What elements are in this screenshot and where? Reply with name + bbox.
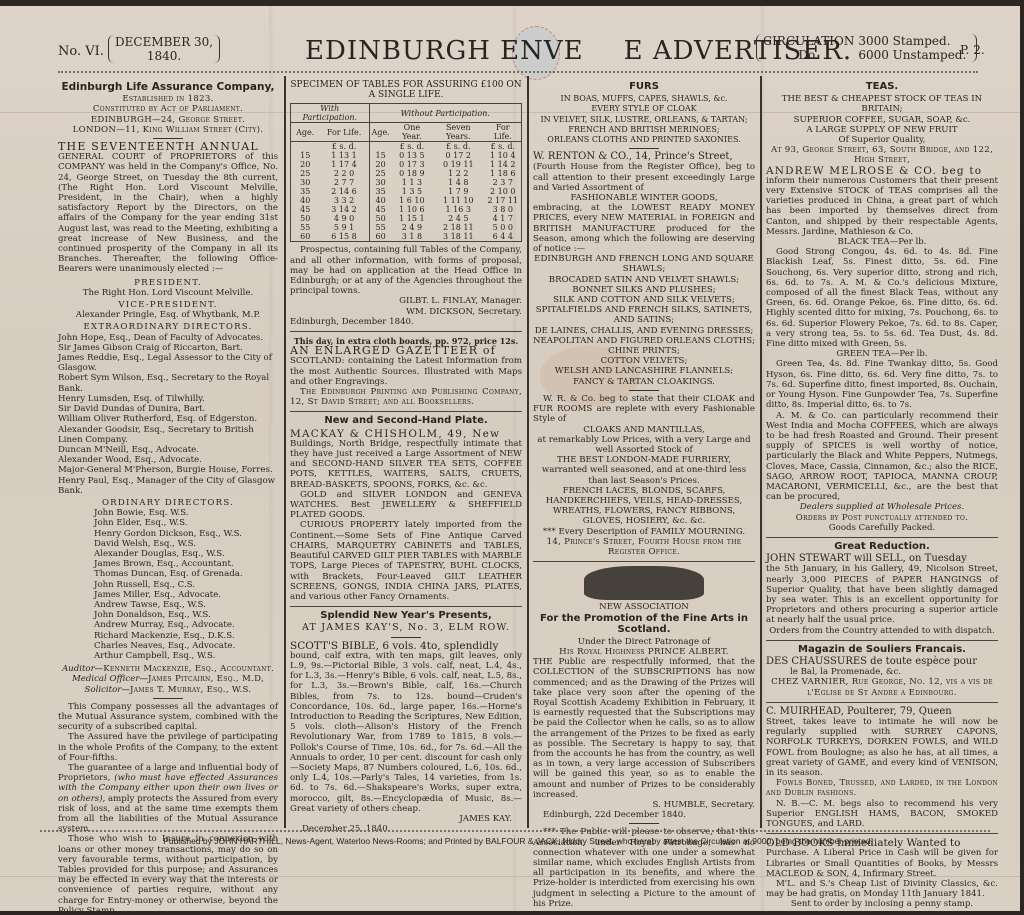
mackay-heading: MACKAY & CHISHOLM, 49, New [290, 429, 522, 439]
premium-table: With Participation. Without Participatio… [290, 103, 522, 242]
list-item: COTTON VELVETS; [533, 356, 755, 366]
gazetteer-publisher: The Edinburgh Printing and Publishing Co… [290, 387, 522, 407]
association-heading: For the Promotion of the Fine Arts in Sc… [533, 614, 755, 634]
vice-president-label: VICE-PRESIDENT. [58, 300, 278, 310]
renton-goods: FASHIONABLE WINTER GOODS, [533, 193, 755, 203]
books-body: Purchase. A Liberal Price in Cash will b… [766, 848, 998, 879]
presents-heading: Splendid New Year's Presents, [290, 611, 522, 621]
col-header: Seven Years. [432, 123, 484, 142]
black-tea-body: Good Strong Congou, 4s. 6d. to 4s. 8d. F… [766, 247, 998, 349]
title-left: EDINBURGH ENVE [305, 36, 584, 66]
list-item: James Miller, Esq., Advocate. [94, 590, 278, 600]
list-item: John Bowie, Esq. W.S. [94, 508, 278, 518]
dealers-line: Dealers supplied at Wholesale Prices. [766, 502, 998, 512]
issue-number: No. VI. [58, 44, 104, 59]
edinburgh-office: EDINBURGH—24, George Street. [58, 115, 278, 125]
table-row: 555 9 1552 4 92 18 115 0 0 [291, 223, 522, 232]
masthead: No. VI. DECEMBER 30, 1840. EDINBURGH ENV… [0, 28, 1024, 70]
list-item: Alexander Douglas, Esq., W.S. [94, 549, 278, 559]
list-item: CHINE PRINTS; [533, 346, 755, 356]
list-item: Duncan M'Neill, Esq., Advocate. [58, 445, 278, 455]
furs-line: FRENCH AND BRITISH MERINOES; [533, 125, 755, 135]
list-item: Alexander Goodsir, Esq., Secretary to Br… [58, 425, 278, 445]
col-header: One Year. [392, 123, 432, 142]
divider [533, 561, 755, 562]
divider [290, 411, 522, 412]
books-list: M'L. and S.'s Cheap List of Divinity Cla… [766, 879, 998, 899]
president-name: The Right Hon. Lord Viscount Melville. [58, 288, 278, 298]
teas-line: SUPERIOR COFFEE, SUGAR, SOAP, &c. [766, 115, 998, 125]
constituted: Constituted by Act of Parliament. [58, 104, 278, 114]
solicitor-line: Solicitor—James T. Murray, Esq., W.S. [58, 685, 278, 695]
renton-heading: W. RENTON & CO., 14, Prince's Street, [533, 152, 755, 162]
imprint-footer: Published by JOHN HARTHILL, News-Agent, … [48, 836, 988, 846]
divider [290, 606, 522, 607]
table-title: SPECIMEN OF TABLES FOR ASSURING £100 ON … [290, 80, 522, 100]
prospectus-text: Prospectus, containing full Tables of th… [290, 245, 522, 296]
established: Established in 1823. [58, 94, 278, 104]
column-rule [760, 76, 762, 828]
black-tea-heading: BLACK TEA—Per lb. [766, 237, 998, 247]
list-item: Thomas Duncan, Esq. of Grenada. [94, 569, 278, 579]
list-item: Andrew Murray, Esq., Advocate. [94, 620, 278, 630]
list-item: John Donaldson, Esq., W.S. [94, 610, 278, 620]
teas-heading: TEAS. [766, 82, 998, 92]
teas-line: Of Superior Quality, [766, 135, 998, 145]
list-item: Major-General M'Pherson, Burgie House, F… [58, 465, 278, 475]
list-item: BONNET SILKS AND PLUSHES; [533, 285, 755, 295]
column-life-assurance: Edinburgh Life Assurance Company, Establ… [58, 80, 278, 915]
separator [629, 148, 659, 149]
mackay-curious: CURIOUS PROPERTY lately imported from th… [290, 520, 522, 602]
auditor-line: Auditor—Kenneth Mackenzie, Esq., Account… [58, 664, 278, 674]
page-number: P. 2. [960, 43, 985, 57]
extraordinary-directors-list: John Hope, Esq., Dean of Faculty of Advo… [58, 333, 278, 496]
muirhead-fowls: Fowls Boned, Trussed, and Larded, in the… [766, 778, 998, 798]
list-item: FANCY & TARTAN CLOAKINGS. [533, 377, 755, 387]
list-item: BROCADED SATIN AND VELVET SHAWLS; [533, 275, 755, 285]
bible-heading: SCOTT'S BIBLE, 6 vols. 4to, splendidly [290, 641, 522, 651]
table-row: 252 2 0250 18 91 2 21 18 6 [291, 169, 522, 178]
separator [153, 138, 183, 139]
divider [766, 702, 998, 703]
renton-cloak: W. R. & Co. beg to state that their CLOA… [533, 394, 755, 425]
chaussures-body: le Bal, la Promenade, &c. [766, 667, 998, 677]
plate-heading: New and Second-Hand Plate. [290, 416, 522, 426]
paragraph: The Assured have the privilege of partic… [58, 732, 278, 763]
circulation-stamped: 3000 Stamped. [858, 34, 970, 48]
teas-line: A LARGE SUPPLY OF NEW FRUIT [766, 125, 998, 135]
list-item: Henry Lumsden, Esq. of Tilwhilly. [58, 394, 278, 404]
renton-mourning: *** Every Description of FAMILY MOURNING… [533, 527, 755, 537]
column-furs-and-arts: FURS IN BOAS, MUFFS, CAPES, SHAWLS, &c. … [533, 80, 755, 909]
furs-heading: FURS [533, 82, 755, 92]
list-item: James Reddie, Esq., Legal Assessor to th… [58, 353, 278, 373]
paragraph: The guarantee of a large and influential… [58, 763, 278, 834]
furs-line: EVERY STYLE OF CLOAK [533, 104, 755, 114]
orders-line: Orders by Post punctually attended to. [766, 513, 998, 523]
list-item: Sir David Dundas of Dunira, Bart. [58, 404, 278, 414]
list-item: Richard Mackenzie, Esq., D.K.S. [94, 631, 278, 641]
association-patron: Under the Direct Patronage of [533, 637, 755, 647]
meeting-body: GENERAL COURT of PROPRIETORS of this COM… [58, 152, 278, 274]
issue-date: DECEMBER 30, 1840. [108, 35, 220, 63]
table-row: 606 15 8603 1 83 18 116 4 4 [291, 232, 522, 242]
royal-crest-icon [584, 566, 704, 600]
masthead-rule [58, 71, 978, 77]
without-participation-header: Without Participation. [369, 104, 521, 123]
kay-signature: JAMES KAY. [290, 814, 522, 824]
separator [629, 823, 659, 824]
separator [629, 390, 659, 391]
table-row: 201 17 4200 17 30 19 111 14 2 [291, 160, 522, 169]
medical-officer-line: Medical Officer—James Pitcairn, Esq., M.… [58, 674, 278, 684]
list-item: DE LAINES, CHALLIS, AND EVENING DRESSES; [533, 326, 755, 336]
table-row: 504 9 0501 15 12 4 54 1 7 [291, 214, 522, 223]
divider [766, 640, 998, 641]
furs-line: IN BOAS, MUFFS, CAPES, SHAWLS, &c. [533, 94, 755, 104]
london-office: LONDON—11, King William Street (City). [58, 125, 278, 135]
column-teas-and-ads: TEAS. THE BEST & CHEAPEST STOCK OF TEAS … [766, 80, 998, 910]
ordinary-directors-list: John Bowie, Esq. W.S. John Elder, Esq., … [58, 508, 278, 661]
issue-date-line2: 1840. [115, 49, 213, 63]
melrose-heading: ANDREW MELROSE & CO. beg to [766, 166, 998, 176]
stewart-body: the 5th January, in his Gallery, 49, Nic… [766, 564, 998, 625]
list-item: Andrew Tawse, Esq., W.S. [94, 600, 278, 610]
list-item: NEAPOLITAN AND FIGURED ORLEANS CLOTHS; [533, 336, 755, 346]
paragraph: Those who wish to Insure in connexion wi… [58, 834, 278, 915]
secretary-signature: WM. DICKSON, Secretary. [290, 307, 522, 317]
ordinary-directors-label: ORDINARY DIRECTORS. [58, 498, 278, 508]
column-tables-and-ads: SPECIMEN OF TABLES FOR ASSURING £100 ON … [290, 80, 522, 834]
muirhead-nb: N. B.—C. M. begs also to recommend his v… [766, 799, 998, 830]
stewart-orders: Orders from the Country attended to with… [766, 626, 998, 636]
circulation-ditto: Do. [763, 48, 858, 62]
separator [391, 637, 421, 638]
list-item: SPITALFIELDS AND FRENCH SILKS, SATINETS,… [533, 305, 755, 325]
col-header: For Life. [485, 123, 522, 142]
circulation-box: CIRCULATION3000 Stamped. Do.6000 Unstamp… [756, 34, 977, 62]
table-row: 403 3 2401 6 101 11 102 17 11 [291, 196, 522, 205]
teas-address: At 93, George Street, 63, South Bridge, … [766, 145, 998, 165]
list-item: Robert Sym Wilson, Esq., Secretary to th… [58, 373, 278, 393]
gazetteer-body: SCOTLAND: containing the Latest Informat… [290, 356, 522, 387]
association-label: NEW ASSOCIATION [533, 602, 755, 612]
with-participation-header: With Participation. [291, 104, 370, 123]
renton-address: 14, Prince's Street, Fourth House from t… [533, 537, 755, 557]
chaussures-address: CHEZ VARNIER, Rue George, No. 12, vis a … [766, 677, 998, 697]
green-tea-heading: GREEN TEA—Per lb. [766, 349, 998, 359]
circulation-label: CIRCULATION [763, 34, 858, 48]
table-row: 453 14 2451 10 61 16 33 8 0 [291, 205, 522, 214]
renton-furriery: THE BEST LONDON-MADE FURRIERY, [533, 455, 755, 465]
separator [153, 698, 183, 699]
renton-items: EDINBURGH AND FRENCH LONG AND SQUARE SHA… [533, 254, 755, 387]
list-item: Charles Neaves, Esq., Advocate. [94, 641, 278, 651]
green-tea-body: Green Tea, 4s. 8d. Fine Twankay ditto, 5… [766, 359, 998, 410]
mackay-body: Buildings, North Bridge, respectfully in… [290, 439, 522, 490]
renton-body: (Fourth House from the Register Office),… [533, 162, 755, 193]
mackay-watches: GOLD and SILVER LONDON and GENEVA WATCHE… [290, 490, 522, 521]
column-rule [284, 76, 286, 828]
list-item: Sir James Gibson Craig of Riccarton, Bar… [58, 343, 278, 353]
reduction-heading: Great Reduction. [766, 542, 998, 552]
list-item: Henry Paul, Esq., Manager of the City of… [58, 476, 278, 496]
list-item: SILK AND COTTON AND SILK VELVETS; [533, 295, 755, 305]
furs-line: IN VELVET, SILK, LUSTRE, ORLEANS, & TART… [533, 115, 755, 125]
list-item: John Russell, Esq., C.S. [94, 580, 278, 590]
president-label: PRESIDENT. [58, 278, 278, 288]
list-item: Arthur Campbell, Esq., W.S. [94, 651, 278, 661]
table-row: 151 13 1150 13 50 17 21 10 4 [291, 151, 522, 160]
association-body: THE Public are respectfully informed, th… [533, 657, 755, 800]
list-item: EDINBURGH AND FRENCH LONG AND SQUARE SHA… [533, 254, 755, 274]
gazetteer-heading: AN ENLARGED GAZETTEER of [290, 346, 522, 356]
divider [290, 331, 522, 332]
stewart-heading: JOHN STEWART will SELL, on Tuesday [766, 554, 998, 564]
renton-prices: at remarkably Low Prices, with a very La… [533, 435, 755, 455]
list-item: John Hope, Esq., Dean of Faculty of Advo… [58, 333, 278, 343]
manager-signature: GILBT. L. FINLAY, Manager. [290, 296, 522, 306]
dated-line: Edinburgh, December 1840. [290, 317, 522, 327]
bible-body: bound, calf extra, with ten maps, gilt l… [290, 651, 522, 814]
renton-mantillas: CLOAKS AND MANTILLAS, [533, 425, 755, 435]
table-row: 352 14 6351 3 51 7 92 10 0 [291, 187, 522, 196]
meeting-heading: THE SEVENTEENTH ANNUAL [58, 142, 278, 152]
muirhead-body: Street, takes leave to intimate he will … [766, 717, 998, 778]
table-row: 302 7 7301 1 31 4 82 3 7 [291, 178, 522, 187]
vice-president-name: Alexander Pringle, Esq. of Whytbank, M.P… [58, 310, 278, 320]
col-header: Age. [369, 123, 392, 142]
magazin-heading: Magazin de Souliers Francais. [766, 645, 998, 655]
list-item: David Welsh, Esq., W.S. [94, 539, 278, 549]
melrose-body: inform their numerous Customers that the… [766, 176, 998, 237]
packed-line: Goods Carefully Packed. [766, 523, 998, 533]
list-item: Alexander Wood, Esq., Advocate. [58, 455, 278, 465]
list-item: Henry Gordon Dickson, Esq., W.S. [94, 529, 278, 539]
kay-address: AT JAMES KAY'S, No. 3, ELM ROW. [290, 623, 522, 633]
list-item: James Brown, Esq., Accountant. [94, 559, 278, 569]
list-item: WELSH AND LANCASHIRE FLANNELS; [533, 366, 755, 376]
association-date: Edinburgh, 22d December 1840. [533, 810, 755, 820]
renton-body2: embracing, at the LOWEST READY MONEY PRI… [533, 203, 755, 254]
col-header: Age. [291, 123, 320, 142]
list-item: John Elder, Esq., W.S. [94, 518, 278, 528]
column-rule [527, 76, 529, 828]
company-heading: Edinburgh Life Assurance Company, [58, 82, 278, 92]
renton-laces: FRENCH LACES, BLONDS, SCARFS, HANDKERCHI… [533, 486, 755, 527]
circulation-unstamped: 6000 Unstamped. [858, 48, 970, 62]
chaussures-heading: DES CHAUSSURES de toute espèce pour [766, 657, 998, 667]
paragraph: This Company possesses all the advantage… [58, 702, 278, 733]
teas-line: THE BEST & CHEAPEST STOCK OF TEAS IN BRI… [766, 94, 998, 114]
books-stamp: Sent to order by inclosing a penny stamp… [766, 899, 998, 909]
extraordinary-directors-label: EXTRAORDINARY DIRECTORS. [58, 322, 278, 332]
muirhead-heading: C. MUIRHEAD, Poulterer, 79, Queen [766, 707, 998, 717]
furs-line: ORLEANS CLOTHS AND PRINTED SAXONIES. [533, 135, 755, 145]
divider [766, 537, 998, 538]
coffee-body: A. M. & Co. can particularly recommend t… [766, 411, 998, 503]
association-signature: S. HUMBLE, Secretary. [533, 800, 755, 810]
list-item: William Oliver Rutherford, Esq. of Edger… [58, 414, 278, 424]
issue-date-line1: DECEMBER 30, [115, 35, 213, 49]
renton-seasoned: warranted well seasoned, and at one-thir… [533, 465, 755, 485]
association-patron-name: His Royal Highness PRINCE ALBERT. [533, 647, 755, 657]
col-header: For Life. [320, 123, 370, 142]
